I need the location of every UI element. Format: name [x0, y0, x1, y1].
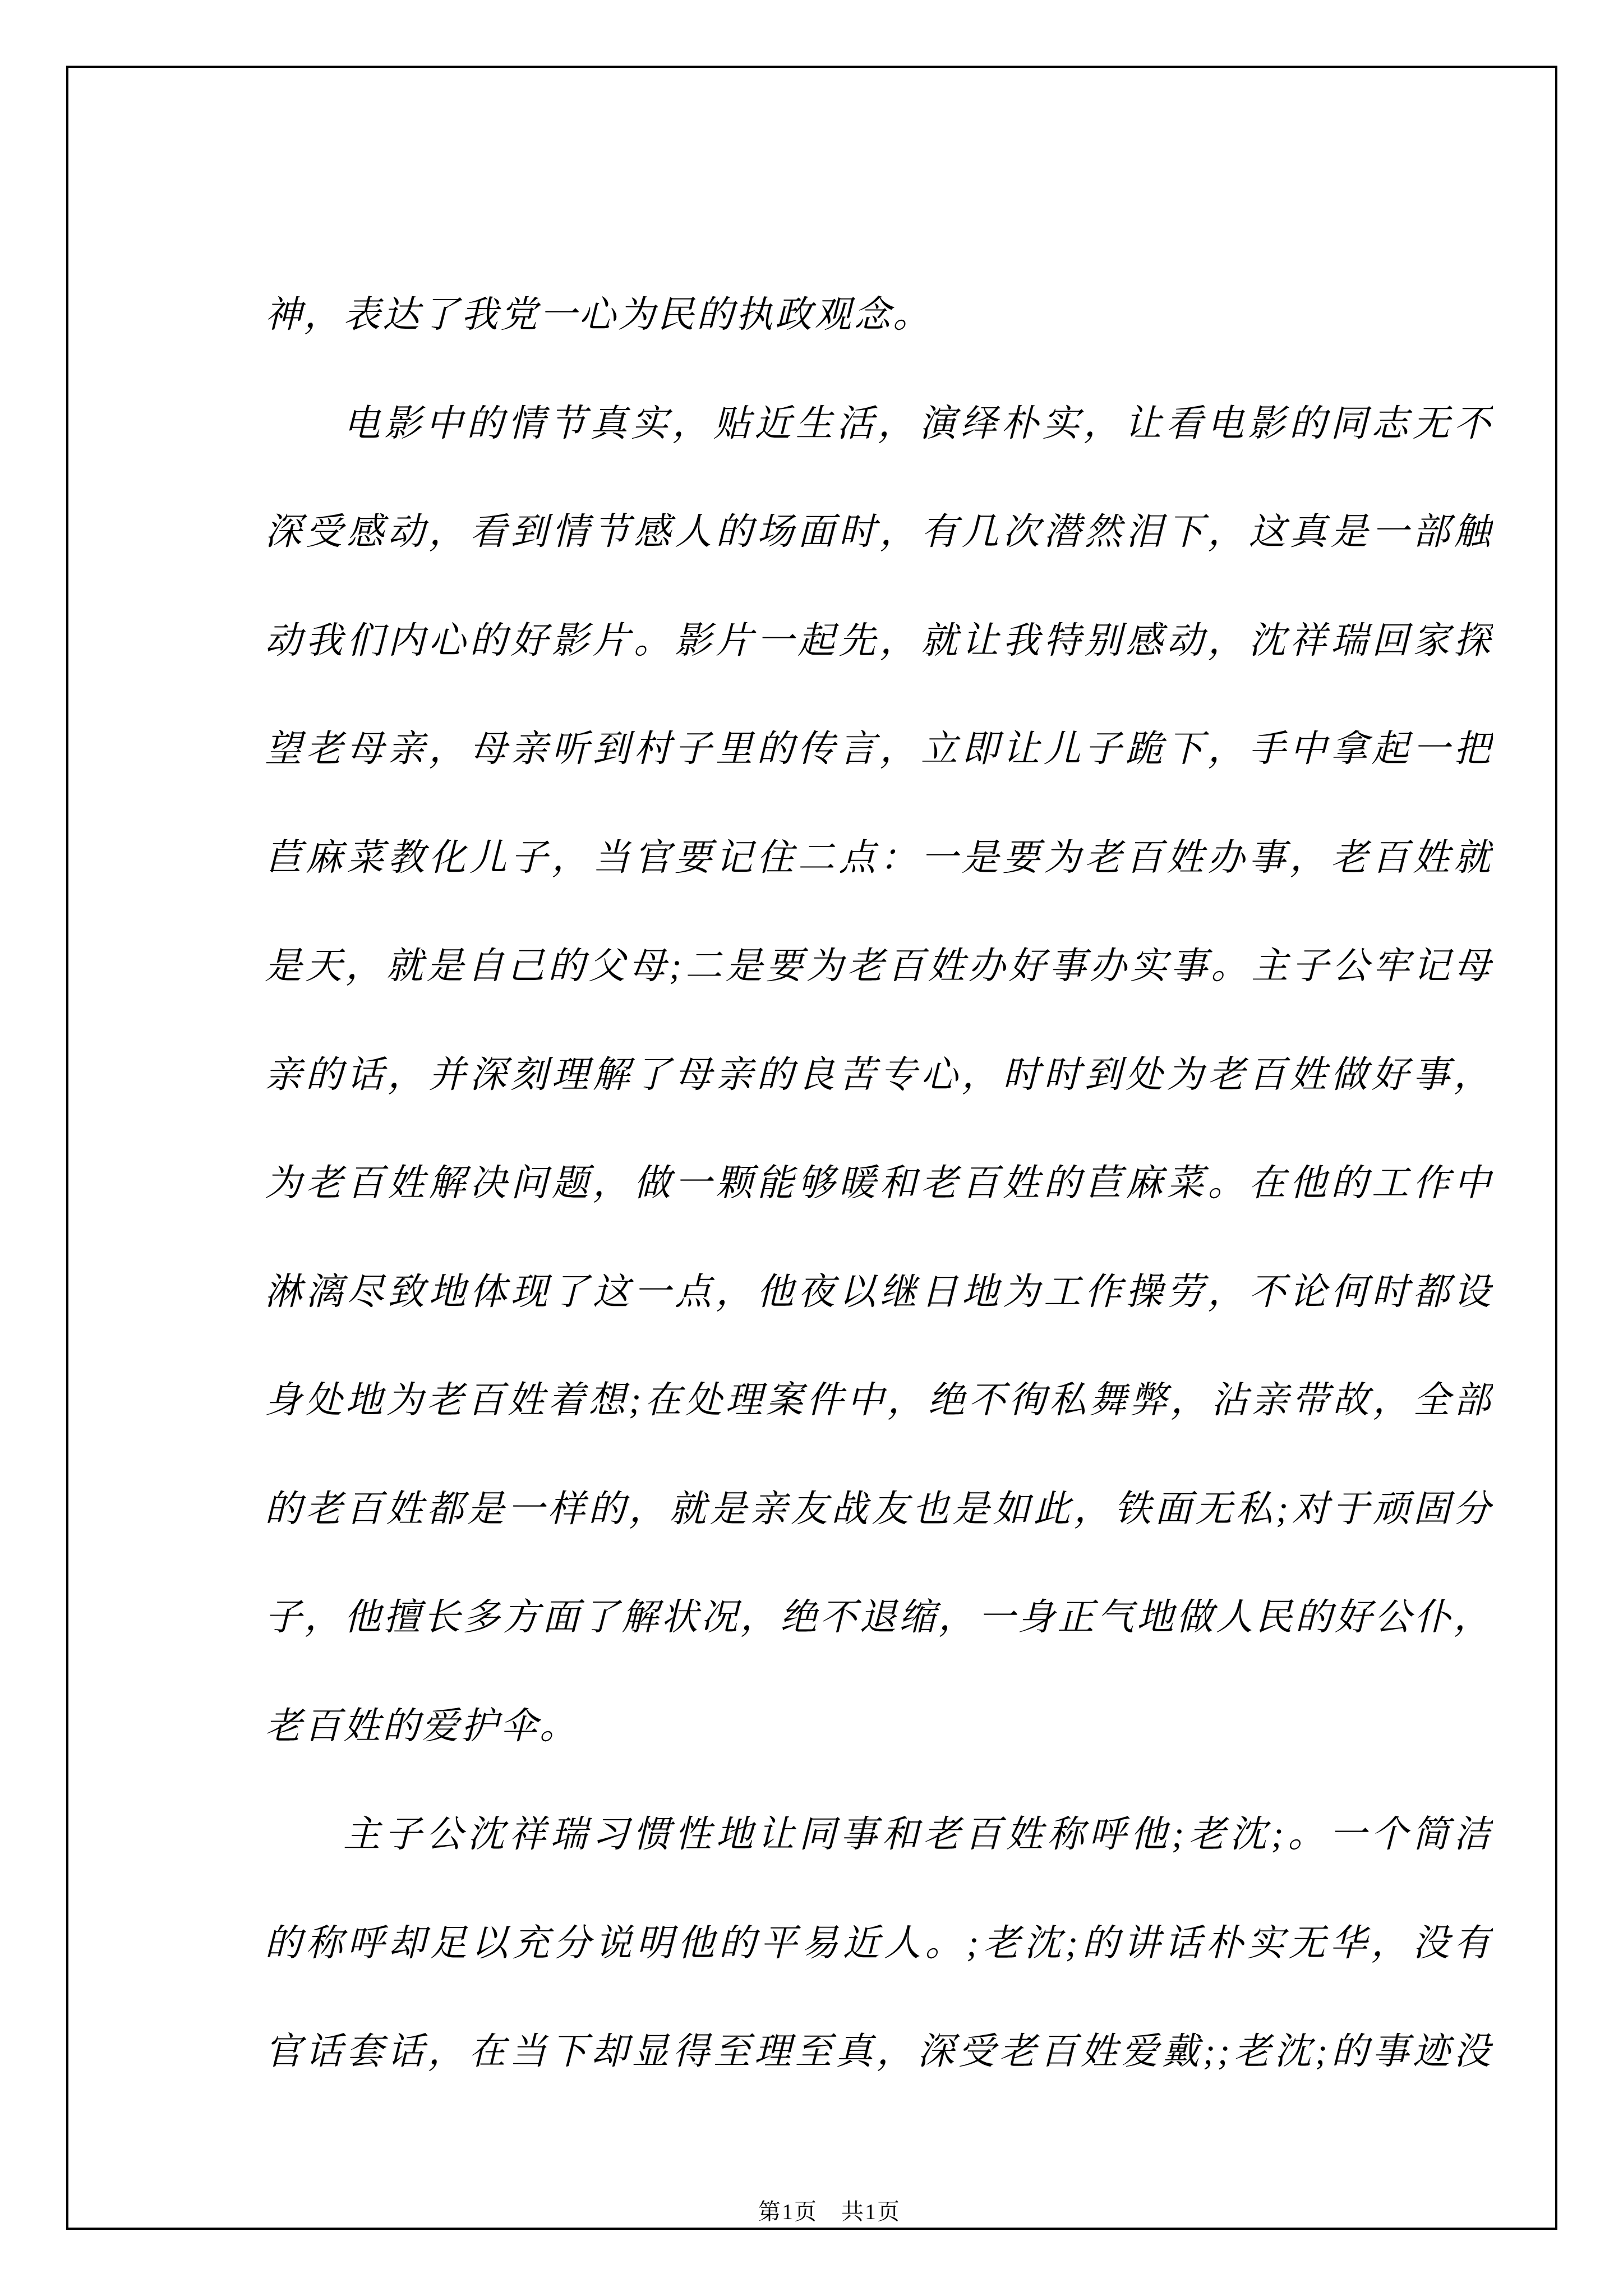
text-line: 动我们内心的好影片。影片一起先，就让我特别感动，沈祥瑞回家探 — [265, 587, 1493, 696]
text-line: 神，表达了我党一心为民的执政观念。 — [265, 261, 1493, 370]
text-line: 子，他擅长多方面了解状况，绝不退缩，一身正气地做人民的好公仆， — [265, 1563, 1493, 1672]
page-border-frame: 神，表达了我党一心为民的执政观念。电影中的情节真实，贴近生活，演绎朴实，让看电影… — [66, 66, 1557, 2230]
text-line: 主子公沈祥瑞习惯性地让同事和老百姓称呼他;老沈;。一个简洁 — [265, 1780, 1493, 1889]
text-line: 亲的话，并深刻理解了母亲的良苦专心，时时到处为老百姓做好事， — [265, 1021, 1493, 1130]
text-line: 的称呼却足以充分说明他的平易近人。;老沈;的讲话朴实无华，没有 — [265, 1889, 1493, 1998]
text-line: 电影中的情节真实，贴近生活，演绎朴实，让看电影的同志无不 — [265, 370, 1493, 478]
text-line: 淋漓尽致地体现了这一点，他夜以继日地为工作操劳，不论何时都设 — [265, 1238, 1493, 1347]
text-line: 为老百姓解决问题，做一颗能够暖和老百姓的苣麻菜。在他的工作中 — [265, 1129, 1493, 1238]
text-line: 的老百姓都是一样的，就是亲友战友也是如此，铁面无私;对于顽固分 — [265, 1455, 1493, 1564]
document-body: 神，表达了我党一心为民的执政观念。电影中的情节真实，贴近生活，演绎朴实，让看电影… — [265, 261, 1493, 2106]
text-line: 老百姓的爱护伞。 — [265, 1672, 1493, 1781]
text-line: 是天，就是自己的父母;二是要为老百姓办好事办实事。主子公牢记母 — [265, 912, 1493, 1021]
text-line: 望老母亲，母亲听到村子里的传言，立即让儿子跪下，手中拿起一把 — [265, 695, 1493, 804]
text-line: 深受感动，看到情节感人的场面时，有几次潜然泪下，这真是一部触 — [265, 478, 1493, 587]
document-page: 神，表达了我党一心为民的执政观念。电影中的情节真实，贴近生活，演绎朴实，让看电影… — [0, 0, 1623, 2296]
text-line: 身处地为老百姓着想;在处理案件中，绝不徇私舞弊，沾亲带故，全部 — [265, 1346, 1493, 1455]
text-line: 官话套话，在当下却显得至理至真，深受老百姓爱戴;;老沈;的事迹没 — [265, 1998, 1493, 2106]
page-footer: 第1页 共1页 — [758, 2200, 901, 2224]
text-line: 苣麻菜教化儿子，当官要记住二点：一是要为老百姓办事，老百姓就 — [265, 804, 1493, 913]
